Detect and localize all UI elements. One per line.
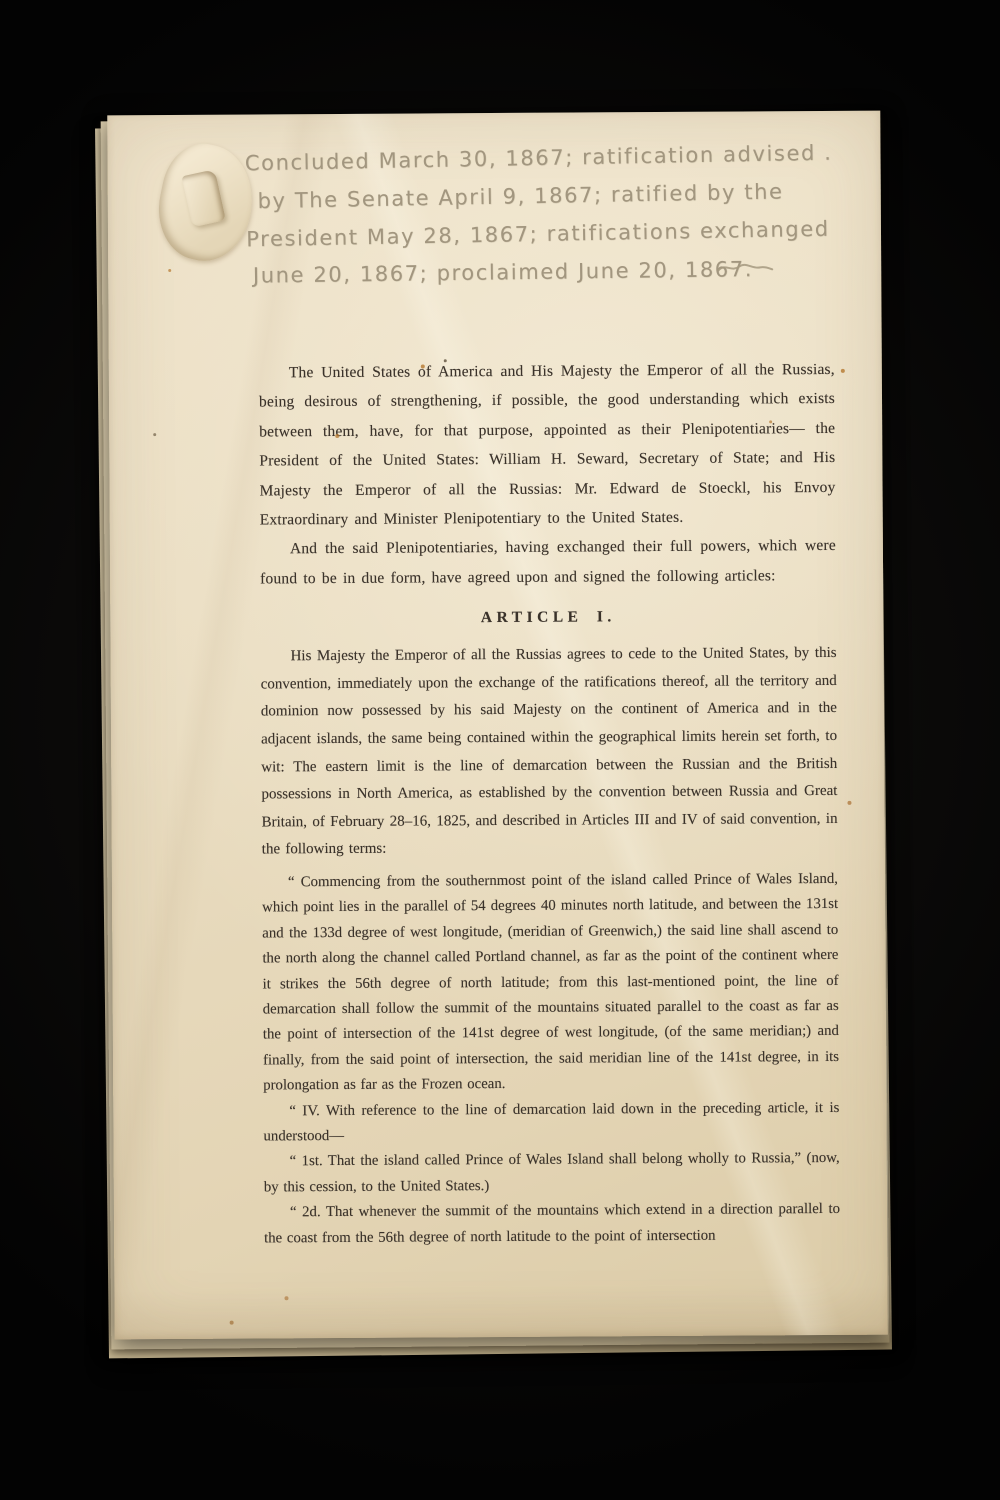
pencil-squiggle-mark [716, 259, 774, 275]
foxing-spot [284, 1296, 288, 1300]
foxing-spot [847, 801, 851, 805]
document-paragraph: His Majesty the Emperor of all the Russi… [260, 640, 837, 864]
annotation-line: June 20, 1867; proclaimed June 20, 1867. [241, 248, 881, 294]
document-paragraph: “ Commencing from the southernmost point… [262, 867, 839, 1099]
document-paragraph: The United States of America and His Maj… [259, 355, 836, 535]
document-paragraph: “ IV. With reference to the line of dema… [263, 1096, 839, 1150]
photo-background: Concluded March 30, 1867; ratification a… [0, 0, 1000, 1500]
foxing-spot [168, 269, 171, 272]
document-paragraph: “ 2d. That whenever the summit of the mo… [264, 1197, 840, 1251]
document-paragraph: And the said Plenipotentiaries, having e… [260, 531, 836, 593]
document-paragraph: “ 1st. That the island called Prince of … [264, 1146, 840, 1200]
article-heading: ARTICLE I. [260, 607, 836, 629]
foxing-spot [230, 1321, 234, 1325]
pencil-annotation: Concluded March 30, 1867; ratification a… [239, 133, 882, 297]
foxing-spot [153, 433, 156, 436]
paper-damage-fold [182, 169, 226, 227]
printed-text: The United States of America and His Maj… [259, 355, 840, 1252]
document-page: Concluded March 30, 1867; ratification a… [107, 111, 887, 1340]
foxing-spot [841, 369, 845, 373]
